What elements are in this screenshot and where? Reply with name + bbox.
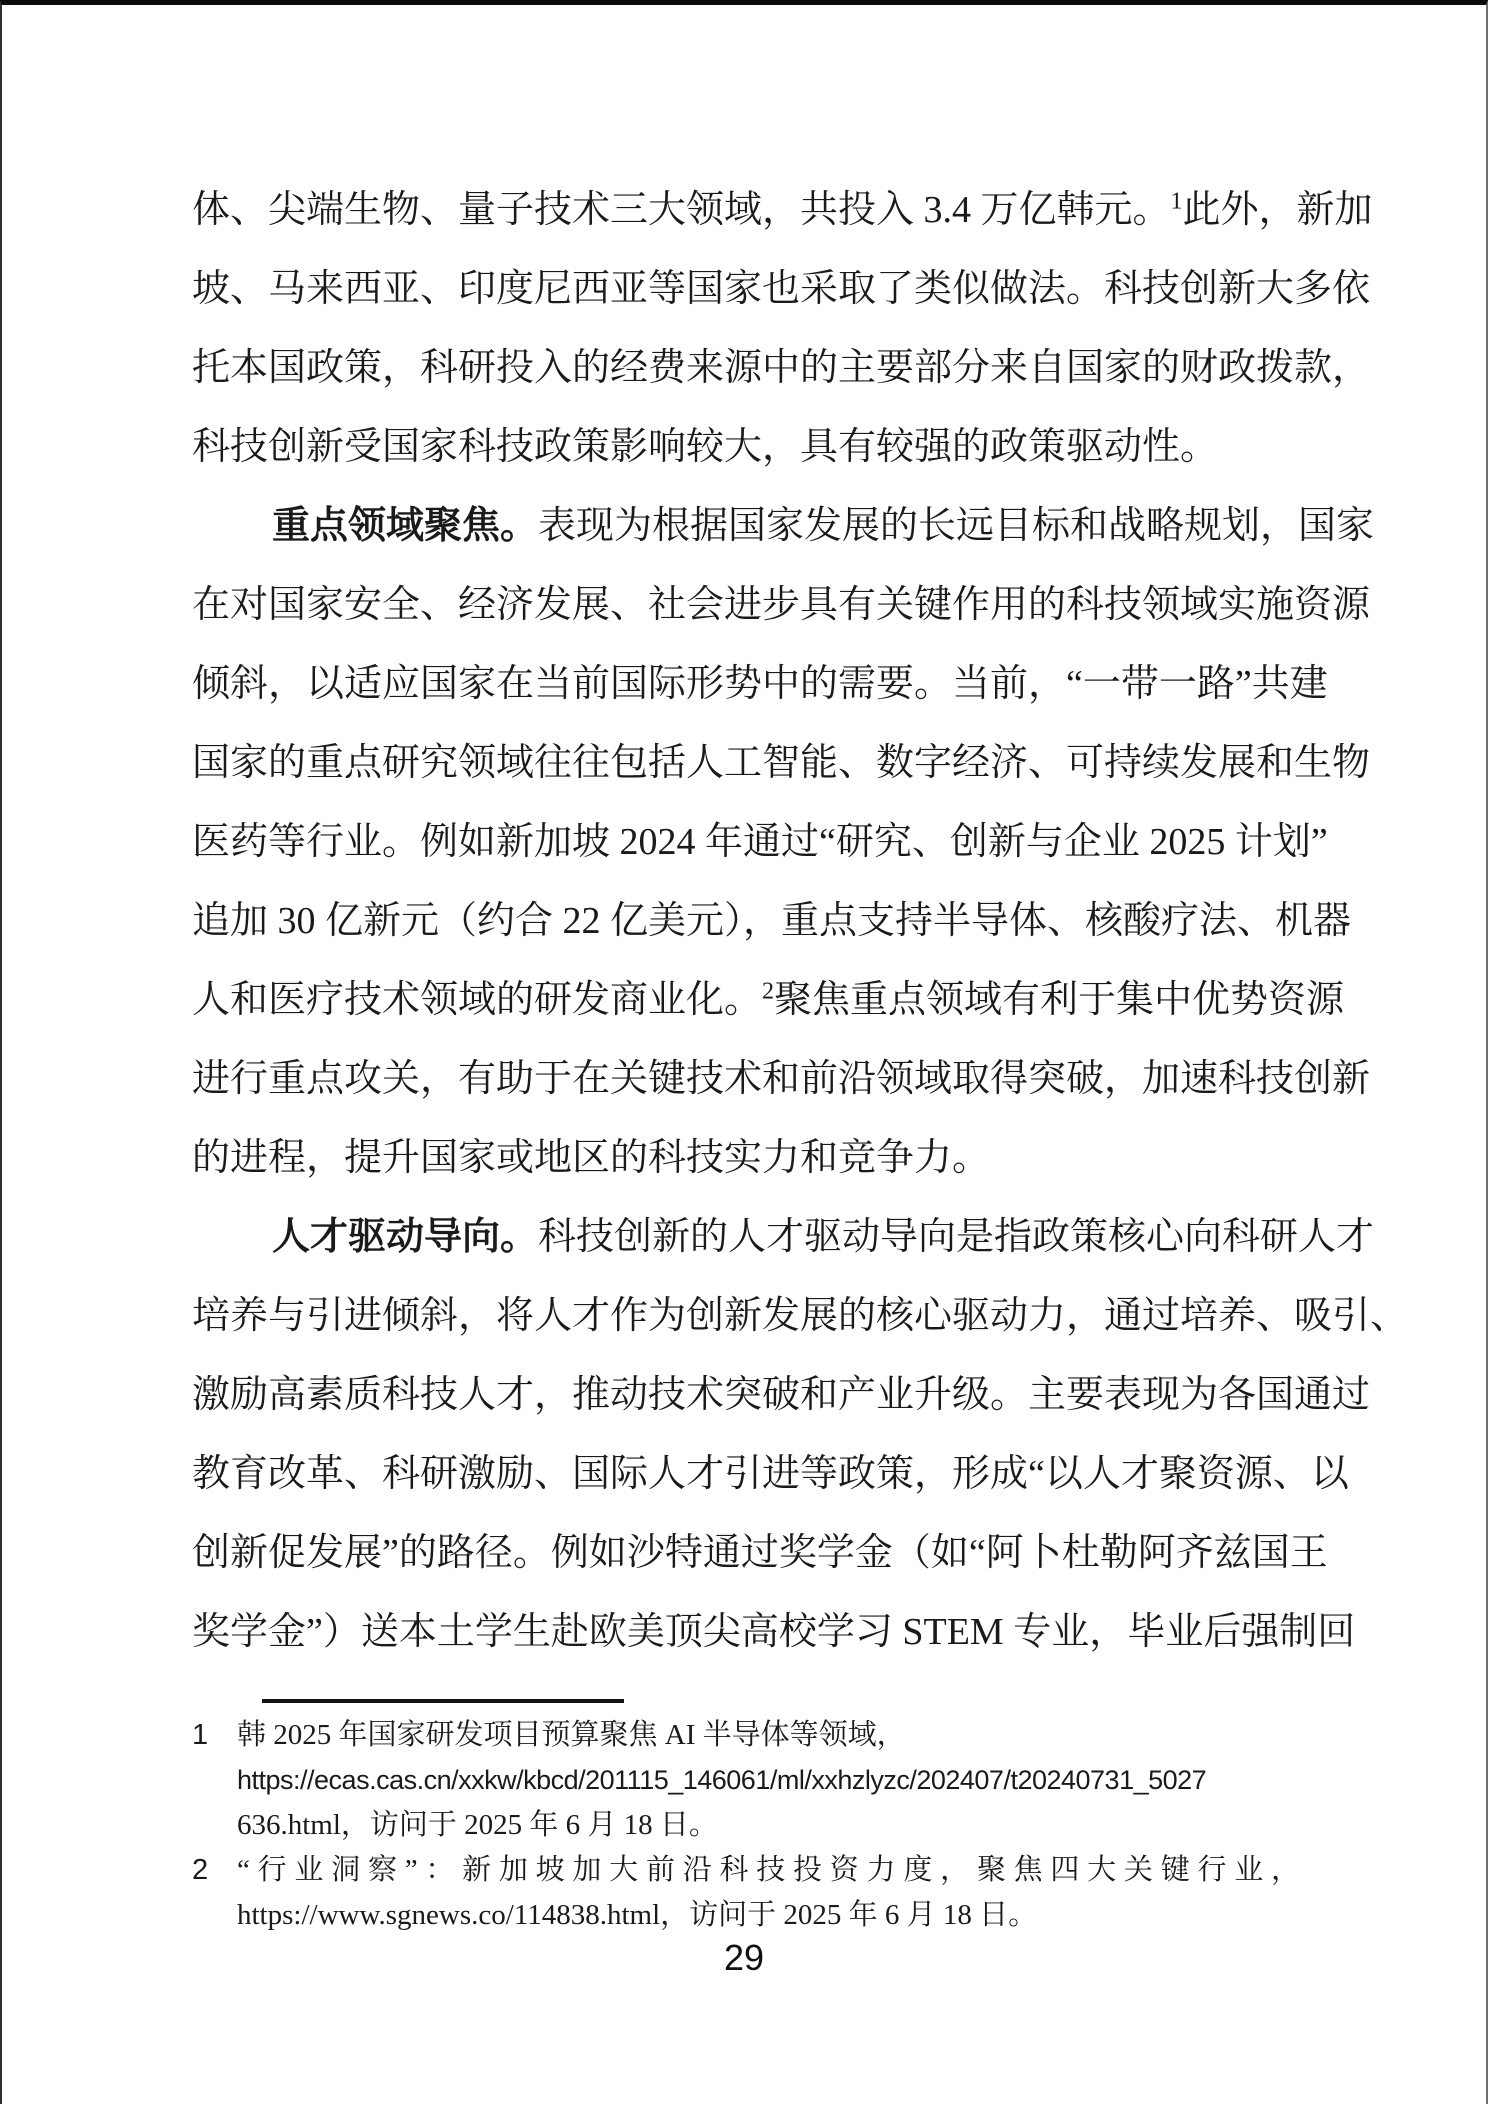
text-line: 重点领域聚焦。表现为根据国家发展的长远目标和战略规划，国家 — [192, 487, 1300, 566]
text-run: 在对国家安全、经济发展、社会进步具有关键作用的科技领域实施资源 — [192, 584, 1370, 626]
text-run: 托本国政策，科研投入的经费来源中的主要部分来自国家的财政拨款， — [192, 347, 1370, 389]
text-line: 的进程，提升国家或地区的科技实力和竞争力。 — [192, 1119, 1300, 1198]
inline-heading: 人才驱动导向。 — [272, 1216, 538, 1258]
text-run: 科技创新受国家科技政策影响较大，具有较强的政策驱动性。 — [192, 426, 1218, 468]
text-line: 激励高素质科技人才，推动技术突破和产业升级。主要表现为各国通过 — [192, 1356, 1300, 1435]
text-run: 倾斜，以适应国家在当前国际形势中的需要。当前，“一带一路”共建 — [192, 663, 1328, 705]
text-run: 创新促发展”的路径。例如沙特通过奖学金（如“阿卜杜勒阿齐兹国王 — [192, 1532, 1328, 1574]
text-run: 此外，新加 — [1183, 189, 1373, 231]
text-line: 追加 30 亿新元（约合 22 亿美元），重点支持半导体、核酸疗法、机器 — [192, 882, 1300, 961]
text-run: 进行重点攻关，有助于在关键技术和前沿领域取得突破，加速科技创新 — [192, 1058, 1370, 1100]
footnote-url-line: https://ecas.cas.cn/xxkw/kbcd/201115_146… — [237, 1758, 1300, 1803]
footnote-ref-2: 2 — [762, 978, 774, 1004]
text-line: 医药等行业。例如新加坡 2024 年通过“研究、创新与企业 2025 计划” — [192, 803, 1300, 882]
text-run: 科技创新的人才驱动导向是指政策核心向科研人才 — [538, 1216, 1374, 1258]
footnote-2: 2“行业洞察”：新加坡加大前沿科技投资力度，聚焦四大关键行业，https://w… — [192, 1848, 1300, 1938]
text-run: 医药等行业。例如新加坡 2024 年通过“研究、创新与企业 2025 计划” — [192, 821, 1328, 863]
footnote-separator — [262, 1699, 624, 1703]
footnote-text: 韩 2025 年国家研发项目预算聚焦 AI 半导体等领域，https://eca… — [237, 1713, 1300, 1848]
text-line: 人和医疗技术领域的研发商业化。2聚焦重点领域有利于集中优势资源 — [192, 961, 1300, 1040]
text-line: 国家的重点研究领域往往包括人工智能、数字经济、可持续发展和生物 — [192, 724, 1300, 803]
text-line: 科技创新受国家科技政策影响较大，具有较强的政策驱动性。 — [192, 408, 1300, 487]
text-line: 人才驱动导向。科技创新的人才驱动导向是指政策核心向科研人才 — [192, 1198, 1300, 1277]
footnote-line: 636.html，访问于 2025 年 6 月 18 日。 — [237, 1803, 1300, 1848]
text-run: 坡、马来西亚、印度尼西亚等国家也采取了类似做法。科技创新大多依 — [192, 268, 1370, 310]
page-number: 29 — [2, 1935, 1486, 1980]
text-line: 坡、马来西亚、印度尼西亚等国家也采取了类似做法。科技创新大多依 — [192, 250, 1300, 329]
text-run: 人和医疗技术领域的研发商业化。 — [192, 979, 762, 1021]
text-run: 的进程，提升国家或地区的科技实力和竞争力。 — [192, 1137, 990, 1179]
text-run: 培养与引进倾斜，将人才作为创新发展的核心驱动力，通过培养、吸引、 — [192, 1295, 1408, 1337]
text-line: 托本国政策，科研投入的经费来源中的主要部分来自国家的财政拨款， — [192, 329, 1300, 408]
footnote-marker: 2 — [192, 1848, 237, 1938]
footnote-list: 1韩 2025 年国家研发项目预算聚焦 AI 半导体等领域，https://ec… — [192, 1713, 1300, 1938]
text-line: 在对国家安全、经济发展、社会进步具有关键作用的科技领域实施资源 — [192, 566, 1300, 645]
text-run: 表现为根据国家发展的长远目标和战略规划，国家 — [538, 505, 1374, 547]
text-run: 聚焦重点领域有利于集中优势资源 — [774, 979, 1344, 1021]
document-page: 体、尖端生物、量子技术三大领域，共投入 3.4 万亿韩元。1此外，新加坡、马来西… — [0, 0, 1488, 2104]
text-line: 培养与引进倾斜，将人才作为创新发展的核心驱动力，通过培养、吸引、 — [192, 1277, 1300, 1356]
footnote-line: https://www.sgnews.co/114838.html，访问于 20… — [237, 1893, 1300, 1938]
footnote-text: “行业洞察”：新加坡加大前沿科技投资力度，聚焦四大关键行业，https://ww… — [237, 1848, 1300, 1938]
footnote-line: “行业洞察”：新加坡加大前沿科技投资力度，聚焦四大关键行业， — [237, 1848, 1300, 1893]
footnote-1: 1韩 2025 年国家研发项目预算聚焦 AI 半导体等领域，https://ec… — [192, 1713, 1300, 1848]
text-run: 追加 30 亿新元（约合 22 亿美元），重点支持半导体、核酸疗法、机器 — [192, 900, 1351, 942]
text-run: 激励高素质科技人才，推动技术突破和产业升级。主要表现为各国通过 — [192, 1374, 1370, 1416]
text-run: 体、尖端生物、量子技术三大领域，共投入 3.4 万亿韩元。 — [192, 189, 1171, 231]
footnote-ref-1: 1 — [1171, 188, 1183, 214]
footnote-line: 韩 2025 年国家研发项目预算聚焦 AI 半导体等领域， — [237, 1713, 1300, 1758]
text-run: 国家的重点研究领域往往包括人工智能、数字经济、可持续发展和生物 — [192, 742, 1370, 784]
text-line: 倾斜，以适应国家在当前国际形势中的需要。当前，“一带一路”共建 — [192, 645, 1300, 724]
footnote-marker: 1 — [192, 1713, 237, 1848]
text-line: 创新促发展”的路径。例如沙特通过奖学金（如“阿卜杜勒阿齐兹国王 — [192, 1514, 1300, 1593]
text-line: 进行重点攻关，有助于在关键技术和前沿领域取得突破，加速科技创新 — [192, 1040, 1300, 1119]
inline-heading: 重点领域聚焦。 — [272, 505, 538, 547]
text-line: 奖学金”）送本土学生赴欧美顶尖高校学习 STEM 专业，毕业后强制回 — [192, 1593, 1300, 1672]
text-run: 教育改革、科研激励、国际人才引进等政策，形成“以人才聚资源、以 — [192, 1453, 1349, 1495]
footnotes-section: 1韩 2025 年国家研发项目预算聚焦 AI 半导体等领域，https://ec… — [192, 1699, 1300, 1938]
body-text-block: 体、尖端生物、量子技术三大领域，共投入 3.4 万亿韩元。1此外，新加坡、马来西… — [192, 171, 1300, 1672]
text-line: 体、尖端生物、量子技术三大领域，共投入 3.4 万亿韩元。1此外，新加 — [192, 171, 1300, 250]
text-run: 奖学金”）送本土学生赴欧美顶尖高校学习 STEM 专业，毕业后强制回 — [192, 1611, 1355, 1653]
text-line: 教育改革、科研激励、国际人才引进等政策，形成“以人才聚资源、以 — [192, 1435, 1300, 1514]
